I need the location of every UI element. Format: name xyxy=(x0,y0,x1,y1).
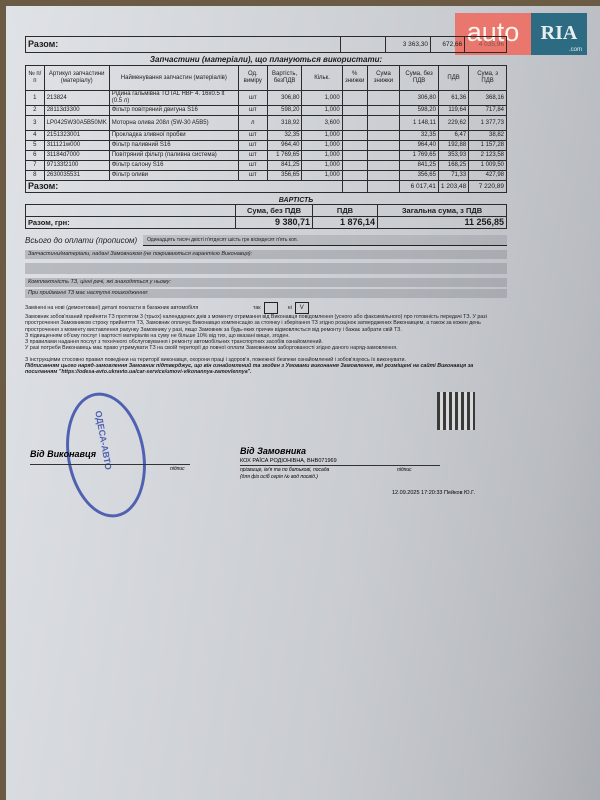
parts-header-10: Сума, з ПДВ xyxy=(469,66,507,91)
parts-cell-n: 5 xyxy=(26,141,45,151)
top-total-sum: 3 363,30 xyxy=(386,37,431,53)
parts-cell-disc_pct xyxy=(342,161,367,171)
parts-cell-article: 31184d7000 xyxy=(44,151,109,161)
parts-cell-disc_pct xyxy=(342,131,367,141)
parts-header-6: % знижки xyxy=(342,66,367,91)
parts-cell-qty: 1,000 xyxy=(302,106,342,116)
parts-cell-unit: шт xyxy=(238,141,267,151)
parts-cell-name: Повітряний фільтр (паливна система) xyxy=(109,151,238,161)
print-timestamp: 12.09.2025 17:20:33 Пейков Ю.Г. xyxy=(392,490,475,496)
parts-row: 228113d3300Фільтр повітряний двигуна S16… xyxy=(26,106,507,116)
parts-cell-price: 318,92 xyxy=(267,116,302,131)
customer-hint2: (для фіз осіб серія № вод посвід.) xyxy=(240,474,318,480)
parts-cell-total: 1 157,28 xyxy=(469,141,507,151)
parts-cell-total: 427,98 xyxy=(469,171,507,181)
parts-cell-article: 28113d3300 xyxy=(44,106,109,116)
parts-cell-qty: 1,000 xyxy=(302,141,342,151)
completeness-band: Комплектність ТЗ, цінні речі, які знаход… xyxy=(25,278,507,287)
parts-cell-disc_pct xyxy=(342,91,367,106)
parts-cell-disc_pct xyxy=(342,106,367,116)
parts-cell-qty: 1,000 xyxy=(302,131,342,141)
terms-acceptance: Замовник зобов'язаний прийняти ТЗ протяг… xyxy=(25,314,507,333)
parts-cell-unit: шт xyxy=(238,161,267,171)
parts-cell-qty: 1,000 xyxy=(302,161,342,171)
parts-cell-price: 306,80 xyxy=(267,91,302,106)
parts-total-vat: 1 203,48 xyxy=(438,181,468,193)
parts-cell-disc_pct xyxy=(342,151,367,161)
top-total-label: Разом: xyxy=(26,37,341,53)
replaced-parts-row: Замінені на нові (демонтовані) деталі по… xyxy=(25,302,507,314)
no-checkbox[interactable]: V xyxy=(295,302,309,314)
parts-cell-name: Моторна олива 208л (5W-30 A5B5) xyxy=(109,116,238,131)
parts-row: 5311121w000Фільтр паливний S16шт964,401,… xyxy=(26,141,507,151)
parts-cell-price: 356,65 xyxy=(267,171,302,181)
parts-cell-unit: шт xyxy=(238,151,267,161)
customer-sign-line xyxy=(240,465,440,466)
cost-vat: 1 876,14 xyxy=(313,217,378,229)
parts-cell-unit: шт xyxy=(238,171,267,181)
executor-sign-label: підпис xyxy=(170,466,185,472)
parts-cell-article: 2151323001 xyxy=(44,131,109,141)
parts-cell-article: 311121w000 xyxy=(44,141,109,151)
parts-cell-price: 1 769,65 xyxy=(267,151,302,161)
yes-checkbox[interactable] xyxy=(264,302,278,314)
top-total-vat: 672,66 xyxy=(431,37,465,53)
parts-header-3: Од. виміру xyxy=(238,66,267,91)
amount-in-words: Всього до оплати (прописом) Одинадцять т… xyxy=(25,235,507,246)
parts-cell-n: 3 xyxy=(26,116,45,131)
parts-cell-n: 1 xyxy=(26,91,45,106)
in-words-value: Одинадцять тисяч двісті п'ятдесят шість … xyxy=(143,235,507,246)
parts-cell-disc_sum xyxy=(367,161,400,171)
parts-header-4: Вартість, безПДВ xyxy=(267,66,302,91)
parts-cell-disc_sum xyxy=(367,131,400,141)
parts-row: 631184d7000Повітряний фільтр (паливна си… xyxy=(26,151,507,161)
parts-cell-n: 6 xyxy=(26,151,45,161)
parts-header-1: Артикул запчастини (матеріалу) xyxy=(44,66,109,91)
parts-cell-name: Фільтр оливи xyxy=(109,171,238,181)
parts-cell-vat: 353,93 xyxy=(438,151,468,161)
in-words-label: Всього до оплати (прописом) xyxy=(25,236,143,245)
parts-cell-vat: 192,88 xyxy=(438,141,468,151)
parts-cell-price: 32,35 xyxy=(267,131,302,141)
customer-label: Від Замовника xyxy=(240,446,306,456)
parts-cell-disc_sum xyxy=(367,151,400,161)
parts-header-8: Сума, без ПДВ xyxy=(400,66,439,91)
parts-cell-sum: 964,40 xyxy=(400,141,439,151)
parts-cell-vat: 119,64 xyxy=(438,106,468,116)
yes-label: так xyxy=(253,305,261,311)
parts-cell-n: 7 xyxy=(26,161,45,171)
parts-cell-disc_sum xyxy=(367,171,400,181)
cost-header-vat: ПДВ xyxy=(313,205,378,217)
cost-title: ВАРТІСТЬ xyxy=(85,197,507,204)
parts-cell-article: 213824 xyxy=(44,91,109,106)
parts-cell-disc_pct xyxy=(342,116,367,131)
customer-sign-label: підпис xyxy=(397,467,412,473)
parts-cell-vat: 229,62 xyxy=(438,116,468,131)
parts-cell-article: LP0425W30A5B50MK xyxy=(44,116,109,131)
parts-cell-name: Фільтр паливний S16 xyxy=(109,141,238,151)
parts-row: 3LP0425W30A5B50MKМоторна олива 208л (5W-… xyxy=(26,116,507,131)
parts-cell-n: 8 xyxy=(26,171,45,181)
parts-row: 797133f2100Фільтр салону S16шт841,251,00… xyxy=(26,161,507,171)
replaced-parts-text: Замінені на нові (демонтовані) деталі по… xyxy=(25,305,253,311)
parts-header-2: Найменування запчастин (матеріалів) xyxy=(109,66,238,91)
customer-hint1: прізвище, ім'я та по батькові, посада xyxy=(240,467,329,473)
parts-cell-total: 717,84 xyxy=(469,106,507,116)
parts-cell-article: 97133f2100 xyxy=(44,161,109,171)
executor-label: Від Виконавця xyxy=(30,449,96,459)
cost-header-sum: Сума, без ПДВ xyxy=(236,205,313,217)
parts-cell-n: 2 xyxy=(26,106,45,116)
parts-cell-sum: 598,20 xyxy=(400,106,439,116)
work-order: Разом: 3 363,30 672,66 4 035,96 Запчасти… xyxy=(25,36,507,376)
watermark-ria: RIA.com xyxy=(531,13,587,55)
parts-cell-unit: шт xyxy=(238,131,267,141)
parts-title: Запчастини (матеріали), що плануються ви… xyxy=(25,55,507,64)
parts-cell-vat: 61,36 xyxy=(438,91,468,106)
parts-cell-price: 964,40 xyxy=(267,141,302,151)
parts-cell-vat: 168,25 xyxy=(438,161,468,171)
damage-band: При прийманні ТЗ має наступні пошкодженн… xyxy=(25,289,507,298)
parts-row: 82630035531Фільтр оливишт356,651,000356,… xyxy=(26,171,507,181)
parts-cell-name: Рідина гальмівна TOTAL HBF 4. 16x0.5 lt … xyxy=(109,91,238,106)
parts-cell-name: Фільтр повітряний двигуна S16 xyxy=(109,106,238,116)
parts-header-9: ПДВ xyxy=(438,66,468,91)
parts-cell-unit: шт xyxy=(238,91,267,106)
qr-code xyxy=(437,392,475,430)
parts-cell-sum: 841,25 xyxy=(400,161,439,171)
parts-cell-total: 2 123,58 xyxy=(469,151,507,161)
parts-cell-article: 2630035531 xyxy=(44,171,109,181)
parts-cell-qty: 3,600 xyxy=(302,116,342,131)
parts-cell-disc_sum xyxy=(367,91,400,106)
executor-sign-line xyxy=(30,464,190,465)
cost-sum: 9 380,71 xyxy=(236,217,313,229)
cost-table: Сума, без ПДВ ПДВ Загальна сума, з ПДВ Р… xyxy=(25,204,507,229)
parts-cell-qty: 1,000 xyxy=(302,171,342,181)
customer-parts-band: Запчастини/матеріали, надані Замовником … xyxy=(25,250,507,259)
parts-cell-disc_pct xyxy=(342,171,367,181)
terms-retention: У разі потреби Виконавець має право утри… xyxy=(25,345,507,351)
parts-cell-unit: шт xyxy=(238,106,267,116)
parts-cell-unit: л xyxy=(238,116,267,131)
parts-cell-price: 841,25 xyxy=(267,161,302,171)
parts-total-sum: 6 017,41 xyxy=(400,181,439,193)
parts-cell-total: 38,82 xyxy=(469,131,507,141)
parts-cell-total: 368,16 xyxy=(469,91,507,106)
parts-cell-total: 1 009,50 xyxy=(469,161,507,171)
parts-cell-name: Прокладка зливної пробки xyxy=(109,131,238,141)
top-total-table: Разом: 3 363,30 672,66 4 035,96 xyxy=(25,36,507,53)
parts-header-0: № п/п xyxy=(26,66,45,91)
customer-name: КОХ РАЇСА РОДІОНІВНА, ВНВ071969 xyxy=(240,458,337,464)
parts-cell-sum: 306,80 xyxy=(400,91,439,106)
parts-cell-name: Фільтр салону S16 xyxy=(109,161,238,171)
agreement-text: Підписанням цього наряд-замовлення Замов… xyxy=(25,363,507,376)
cost-header-total: Загальна сума, з ПДВ xyxy=(378,205,507,217)
parts-row: 42151323001Прокладка зливної пробкишт32,… xyxy=(26,131,507,141)
parts-table: № п/пАртикул запчастини (матеріалу)Найме… xyxy=(25,65,507,193)
parts-total-label: Разом: xyxy=(26,181,343,193)
parts-cell-disc_sum xyxy=(367,141,400,151)
parts-cell-sum: 1 148,11 xyxy=(400,116,439,131)
no-label: ні xyxy=(288,305,292,311)
empty-band xyxy=(25,263,507,274)
parts-cell-total: 1 377,73 xyxy=(469,116,507,131)
top-total-with-vat: 4 035,96 xyxy=(465,37,507,53)
parts-cell-vat: 71,33 xyxy=(438,171,468,181)
parts-cell-sum: 1 769,65 xyxy=(400,151,439,161)
parts-cell-disc_sum xyxy=(367,106,400,116)
parts-cell-n: 4 xyxy=(26,131,45,141)
cost-label: Разом, грн: xyxy=(26,217,236,229)
cost-total: 11 256,85 xyxy=(378,217,507,229)
parts-cell-price: 598,20 xyxy=(267,106,302,116)
parts-cell-sum: 356,65 xyxy=(400,171,439,181)
parts-total-row: Разом:6 017,411 203,487 220,89 xyxy=(26,181,507,193)
parts-cell-vat: 6,47 xyxy=(438,131,468,141)
parts-header-5: Кільк. xyxy=(302,66,342,91)
parts-cell-qty: 1,000 xyxy=(302,91,342,106)
parts-cell-disc_pct xyxy=(342,141,367,151)
parts-cell-sum: 32,35 xyxy=(400,131,439,141)
parts-cell-qty: 1,000 xyxy=(302,151,342,161)
parts-header-7: Сума знижки xyxy=(367,66,400,91)
parts-cell-disc_sum xyxy=(367,116,400,131)
parts-total-total: 7 220,89 xyxy=(469,181,507,193)
parts-row: 1213824Рідина гальмівна TOTAL HBF 4. 16x… xyxy=(26,91,507,106)
